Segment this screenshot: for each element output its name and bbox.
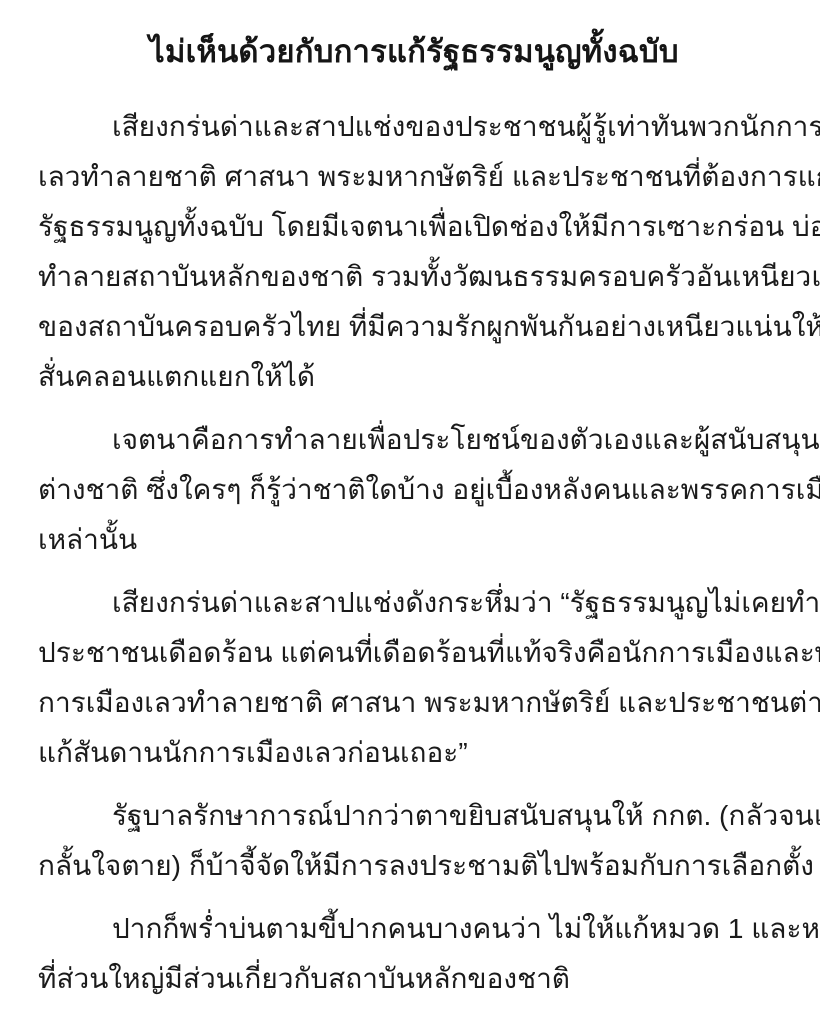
text-line: ประชาชนเดือดร้อน แต่คนที่เดือดร้อนที่แท้… — [38, 628, 790, 678]
text-line: กลั้นใจตาย) ก็บ้าจี้จัดให้มีการลงประชามต… — [38, 841, 790, 891]
paragraph: รัฐบาลรักษาการณ์ปากว่าตาขยิบสนับสนุนให้ … — [38, 791, 790, 891]
paragraph: เสียงกร่นด่าและสาปแช่งของประชาชนผู้รู้เท… — [38, 102, 790, 402]
paragraph: ปากก็พร่ำบ่นตามขี้ปากคนบางคนว่า ไม่ให้แก… — [38, 904, 790, 1004]
text-line: เลวทำลายชาติ ศาสนา พระมหากษัตริย์ และประ… — [38, 152, 790, 202]
text-line: ของสถาบันครอบครัวไทย ที่มีความรักผูกพันก… — [38, 302, 790, 352]
text-line: เสียงกร่นด่าและสาปแช่งของประชาชนผู้รู้เท… — [38, 102, 790, 152]
text-line: ต่างชาติ ซึ่งใครๆ ก็รู้ว่าชาติใดบ้าง อยู… — [38, 465, 790, 515]
document-body: เสียงกร่นด่าและสาปแช่งของประชาชนผู้รู้เท… — [38, 102, 790, 1004]
document-page: ไม่เห็นด้วยกับการแก้รัฐธรรมนูญทั้งฉบับ เ… — [0, 0, 820, 1024]
paragraph: เจตนาคือการทำลายเพื่อประโยชน์ของตัวเองแล… — [38, 415, 790, 565]
text-line: ที่ส่วนใหญ่มีส่วนเกี่ยวกับสถาบันหลักของช… — [38, 954, 790, 1004]
text-line: รัฐธรรมนูญทั้งฉบับ โดยมีเจตนาเพื่อเปิดช่… — [38, 202, 790, 252]
text-line: ปากก็พร่ำบ่นตามขี้ปากคนบางคนว่า ไม่ให้แก… — [38, 904, 790, 954]
paragraph: เสียงกร่นด่าและสาปแช่งดังกระหึ่มว่า “รัฐ… — [38, 578, 790, 778]
text-line: เจตนาคือการทำลายเพื่อประโยชน์ของตัวเองแล… — [38, 415, 790, 465]
text-line: การเมืองเลวทำลายชาติ ศาสนา พระมหากษัตริย… — [38, 678, 790, 728]
text-line: สั่นคลอนแตกแยกให้ได้ — [38, 352, 790, 402]
text-line: รัฐบาลรักษาการณ์ปากว่าตาขยิบสนับสนุนให้ … — [38, 791, 790, 841]
document-title: ไม่เห็นด้วยกับการแก้รัฐธรรมนูญทั้งฉบับ — [38, 24, 790, 80]
text-line: เหล่านั้น — [38, 515, 790, 565]
text-line: แก้สันดานนักการเมืองเลวก่อนเถอะ” — [38, 728, 790, 778]
text-line: ทำลายสถาบันหลักของชาติ รวมทั้งวัฒนธรรมคร… — [38, 252, 790, 302]
text-line: เสียงกร่นด่าและสาปแช่งดังกระหึ่มว่า “รัฐ… — [38, 578, 790, 628]
